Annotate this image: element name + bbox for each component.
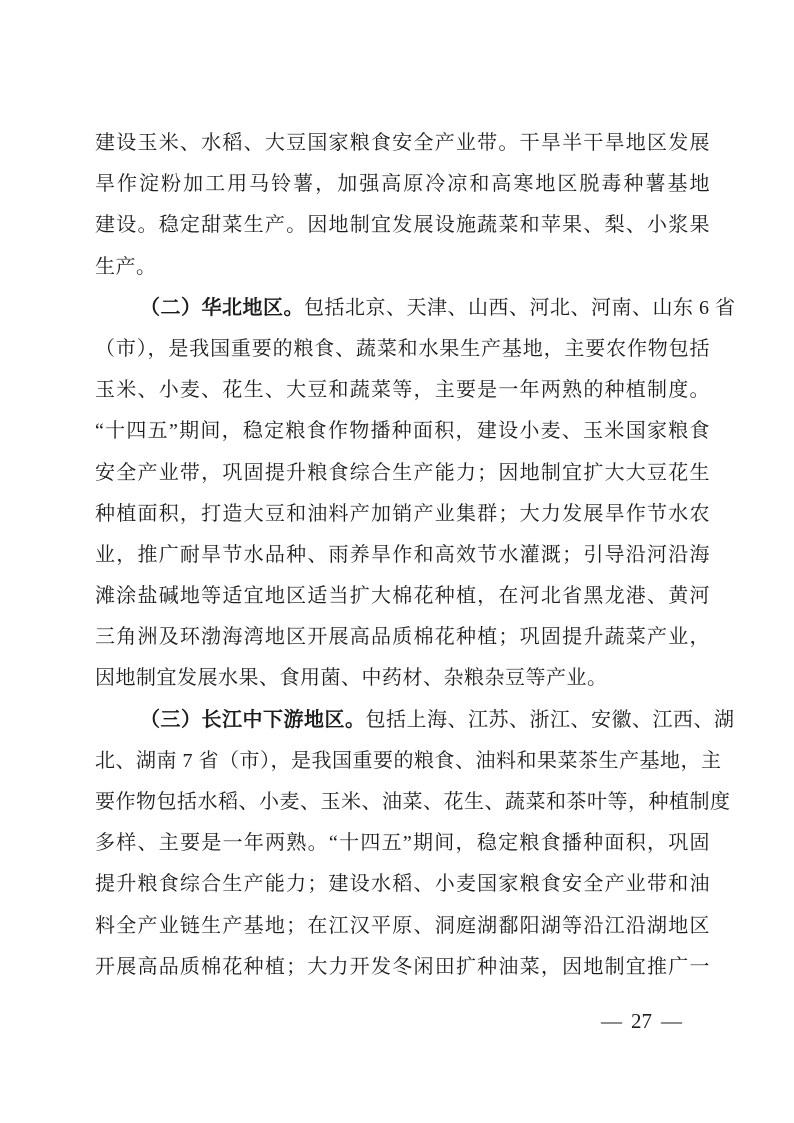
text-line: 安全产业带，巩固提升粮食综合生产能力；因地制宜扩大大豆花生 <box>95 453 710 494</box>
document-body: 建设玉米、水稻、大豆国家粮食安全产业带。干旱半干旱地区发展旱作淀粉加工用马铃薯，… <box>95 123 710 988</box>
paragraph-first-line: （二）华北地区。包括北京、天津、山西、河北、河南、山东 6 省 <box>95 288 710 329</box>
text-line: 建设玉米、水稻、大豆国家粮食安全产业带。干旱半干旱地区发展 <box>95 123 710 164</box>
text-line: 因地制宜发展水果、食用菌、中药材、杂粮杂豆等产业。 <box>95 658 710 699</box>
text-line: 滩涂盐碱地等适宜地区适当扩大棉花种植，在河北省黑龙港、黄河 <box>95 576 710 617</box>
text-line: 业，推广耐旱节水品种、雨养旱作和高效节水灌溉；引导沿河沿海 <box>95 535 710 576</box>
text-line: 三角洲及环渤海湾地区开展高品质棉花种植；巩固提升蔬菜产业， <box>95 617 710 658</box>
text-line: 要作物包括水稻、小麦、玉米、油菜、花生、蔬菜和茶叶等，种植制度 <box>95 782 710 823</box>
text-line: 建设。稳定甜菜生产。因地制宜发展设施蔬菜和苹果、梨、小浆果 <box>95 205 710 246</box>
text-line: 多样、主要是一年两熟。“十四五”期间，稳定粮食播种面积，巩固 <box>95 823 710 864</box>
footer-dash-right: — <box>661 1008 682 1034</box>
section-heading: （三）长江中下游地区。 <box>140 709 366 731</box>
text-line: 北、湖南 7 省（市），是我国重要的粮食、油料和果菜茶生产基地，主 <box>95 741 710 782</box>
text-line: 提升粮食综合生产能力；建设水稻、小麦国家粮食安全产业带和油 <box>95 864 710 905</box>
text-line: 玉米、小麦、花生、大豆和蔬菜等，主要是一年两熟的种植制度。 <box>95 370 710 411</box>
document-page: 建设玉米、水稻、大豆国家粮食安全产业带。干旱半干旱地区发展旱作淀粉加工用马铃薯，… <box>0 0 794 1123</box>
text-line: 种植面积，打造大豆和油料产加销产业集群；大力发展旱作节水农 <box>95 494 710 535</box>
page-footer: — 27 — <box>601 1008 682 1034</box>
text-line: （市），是我国重要的粮食、蔬菜和水果生产基地，主要农作物包括 <box>95 329 710 370</box>
text-line: 旱作淀粉加工用马铃薯，加强高原冷凉和高寒地区脱毒种薯基地 <box>95 164 710 205</box>
text-line: 开展高品质棉花种植；大力开发冬闲田扩种油菜，因地制宜推广一 <box>95 947 710 988</box>
text-line: “十四五”期间，稳定粮食作物播种面积，建设小麦、玉米国家粮食 <box>95 411 710 452</box>
text-line: 生产。 <box>95 247 710 288</box>
text-line: 料全产业链生产基地；在江汉平原、洞庭湖鄱阳湖等沿江沿湖地区 <box>95 906 710 947</box>
section-heading: （二）华北地区。 <box>140 297 304 319</box>
paragraph-first-line: （三）长江中下游地区。包括上海、江苏、浙江、安徽、江西、湖 <box>95 700 710 741</box>
footer-dash-left: — <box>601 1008 622 1034</box>
page-number: 27 <box>631 1008 652 1034</box>
